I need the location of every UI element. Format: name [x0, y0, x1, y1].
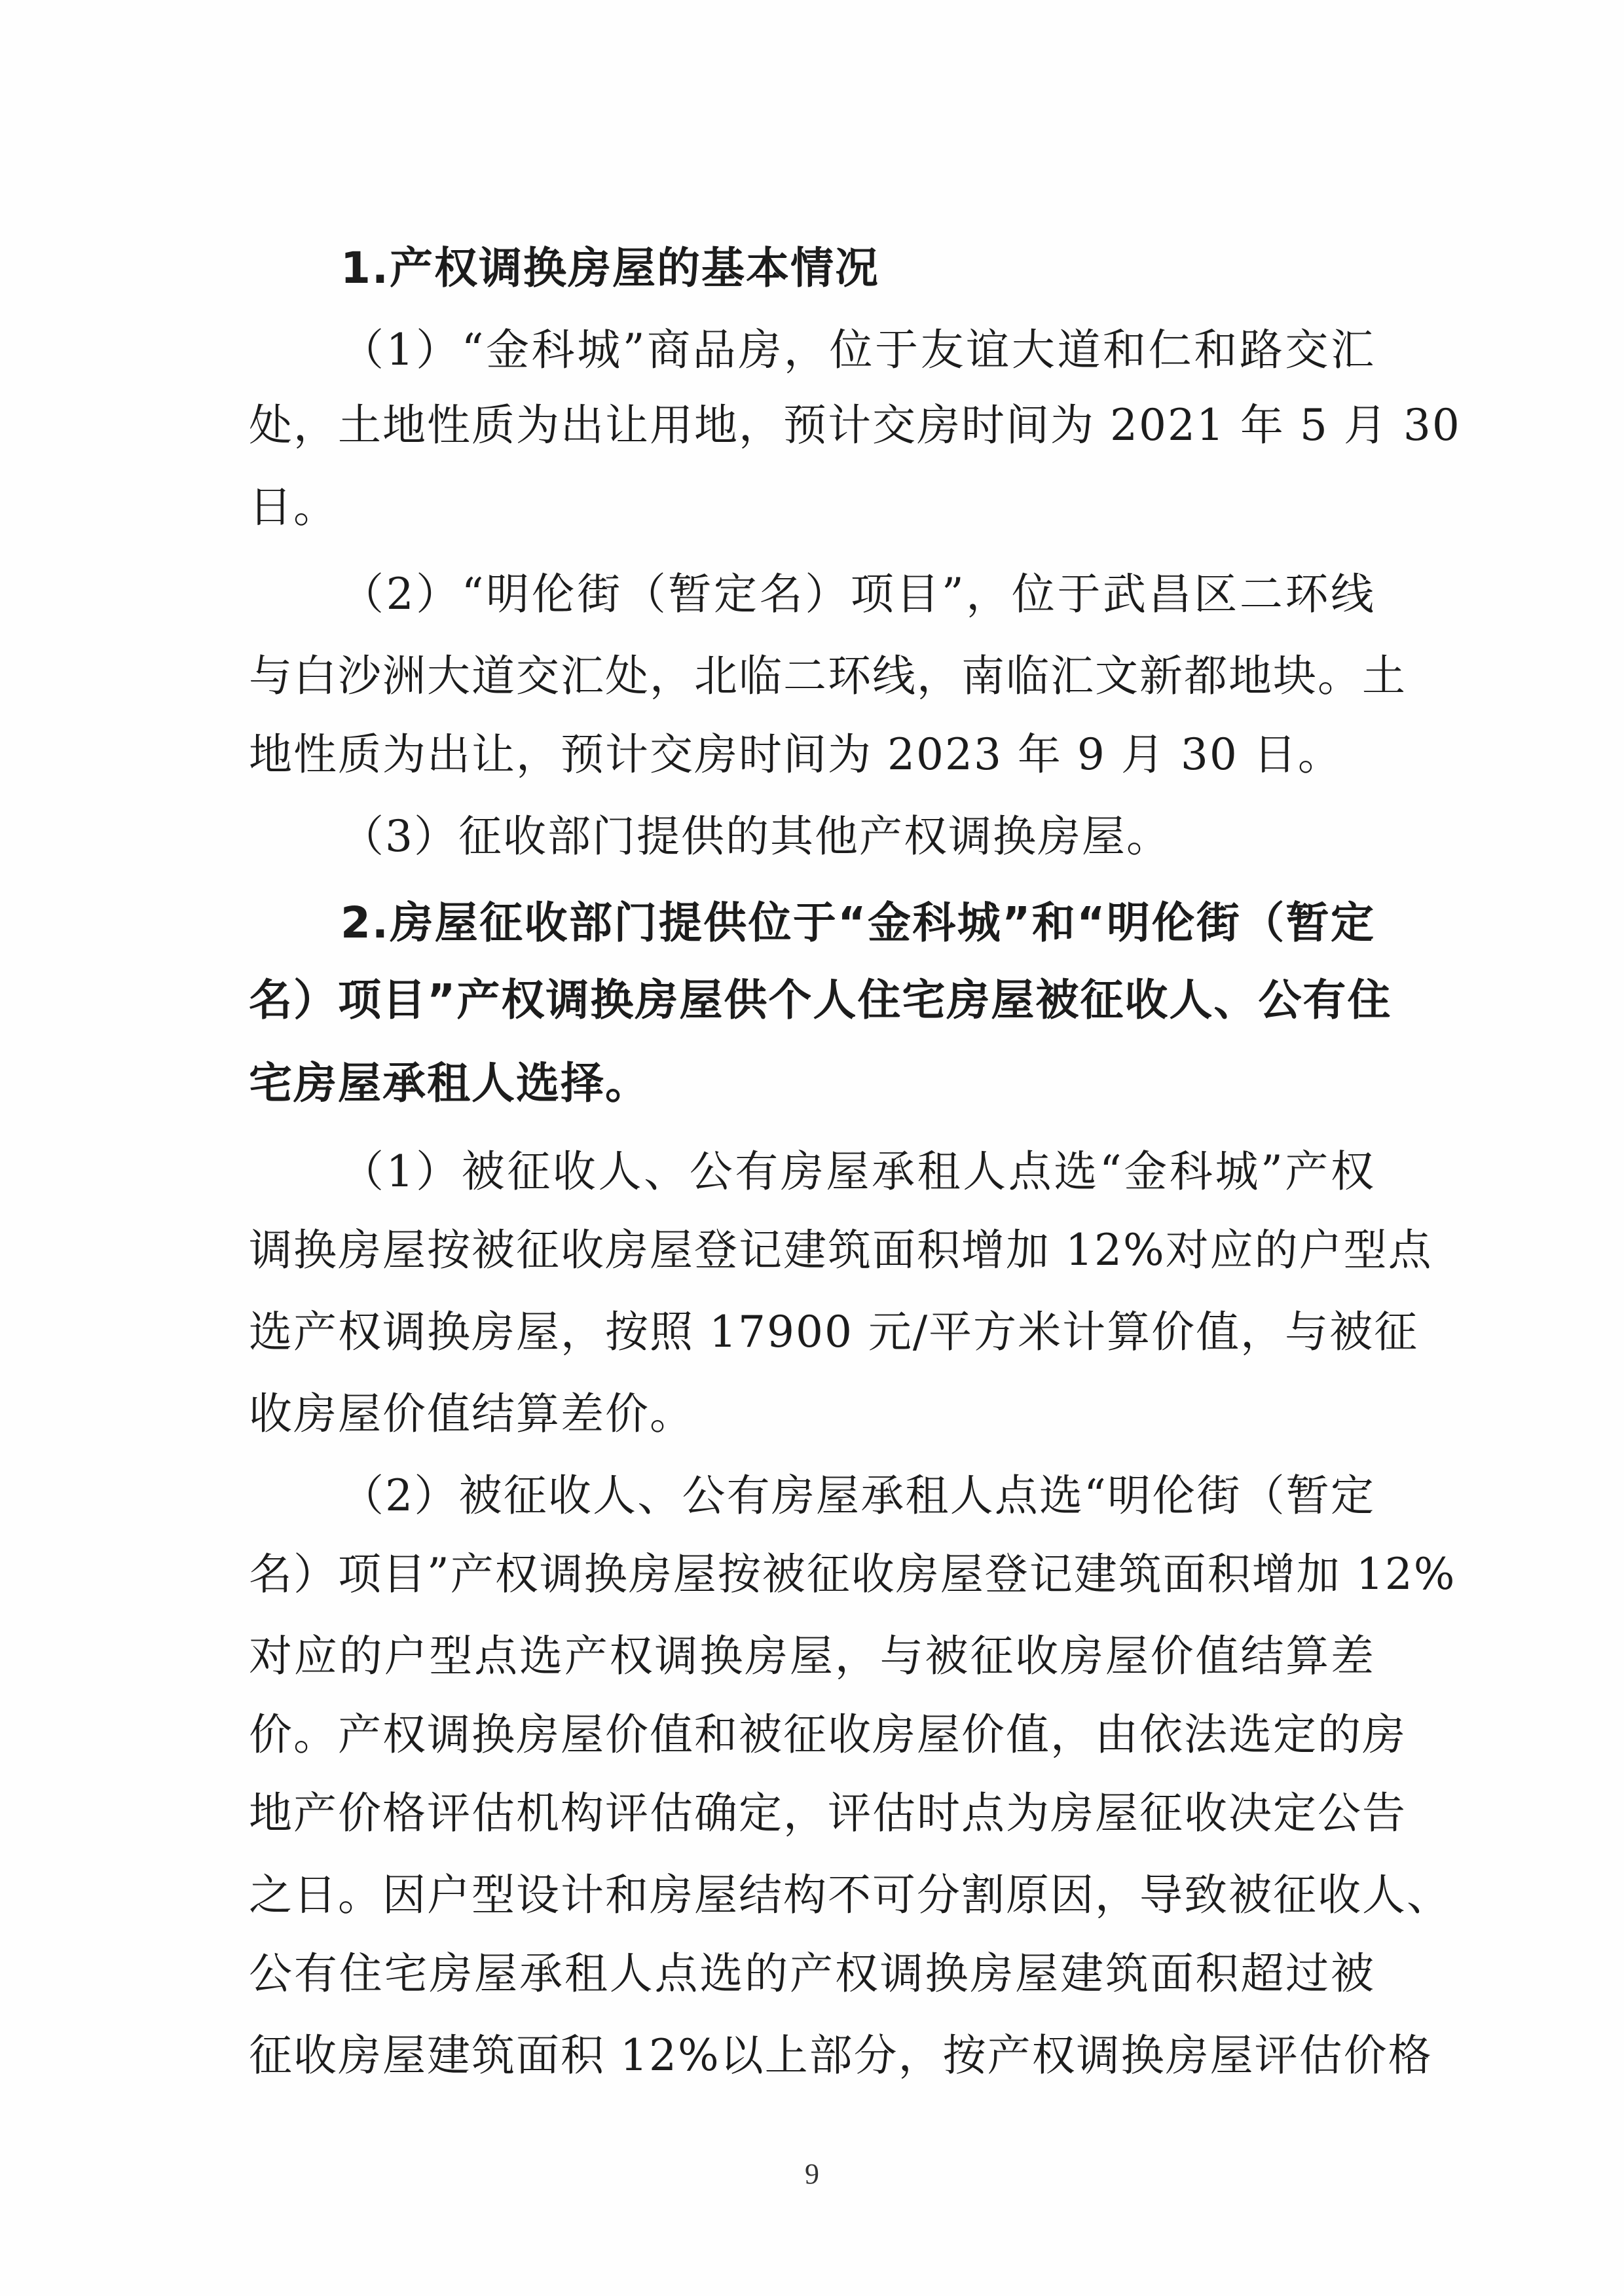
- page-number: 9: [786, 2157, 838, 2191]
- paragraph-line: 地产价格评估机构评估确定，评估时点为房屋征收决定公告: [249, 1781, 1375, 1846]
- paragraph-line: （2）被征收人、公有房屋承租人点选“明伦街（暂定: [341, 1463, 1375, 1529]
- paragraph-line: 选产权调换房屋，按照 17900 元/平方米计算价值，与被征: [249, 1300, 1375, 1365]
- section-heading-line: 宅房屋承租人选择。: [249, 1051, 1375, 1116]
- paragraph-line: 调换房屋按被征收房屋登记建筑面积增加 12%对应的户型点: [249, 1218, 1375, 1283]
- section-heading-line: 名）项目”产权调换房屋供个人住宅房屋被征收人、公有住: [249, 968, 1375, 1033]
- document-page: 1.产权调换房屋的基本情况（1）“金科城”商品房，位于友谊大道和仁和路交汇处，土…: [0, 0, 1624, 2296]
- paragraph-line: 名）项目”产权调换房屋按被征收房屋登记建筑面积增加 12%: [249, 1542, 1375, 1607]
- paragraph-line: 公有住宅房屋承租人点选的产权调换房屋建筑面积超过被: [249, 1941, 1375, 2007]
- paragraph-line: （3）征收部门提供的其他产权调换房屋。: [341, 804, 1375, 869]
- paragraph-line: 价。产权调换房屋价值和被征收房屋价值，由依法选定的房: [249, 1702, 1375, 1768]
- paragraph-line: 与白沙洲大道交汇处，北临二环线，南临汇文新都地块。土: [249, 644, 1375, 709]
- paragraph-line: 对应的户型点选产权调换房屋，与被征收房屋价值结算差: [249, 1624, 1375, 1689]
- paragraph-line: （2）“明伦街（暂定名）项目”，位于武昌区二环线: [341, 562, 1375, 627]
- section-heading-line: 2.房屋征收部门提供位于“金科城”和“明伦街（暂定: [341, 890, 1375, 956]
- paragraph-line: 收房屋价值结算差价。: [249, 1381, 1375, 1447]
- paragraph-line: 地性质为出让，预计交房时间为 2023 年 9 月 30 日。: [249, 722, 1375, 788]
- paragraph-line: 之日。因户型设计和房屋结构不可分割原因，导致被征收人、: [249, 1863, 1375, 1928]
- paragraph-line: （1）“金科城”商品房，位于友谊大道和仁和路交汇: [341, 318, 1375, 383]
- section-heading-line: 1.产权调换房屋的基本情况: [341, 236, 1375, 301]
- paragraph-line: （1）被征收人、公有房屋承租人点选“金科城”产权: [341, 1139, 1375, 1205]
- paragraph-line: 处，土地性质为出让用地，预计交房时间为 2021 年 5 月 30: [249, 393, 1375, 458]
- paragraph-line: 征收房屋建筑面积 12%以上部分，按产权调换房屋评估价格: [249, 2023, 1375, 2088]
- paragraph-line: 日。: [249, 475, 1375, 540]
